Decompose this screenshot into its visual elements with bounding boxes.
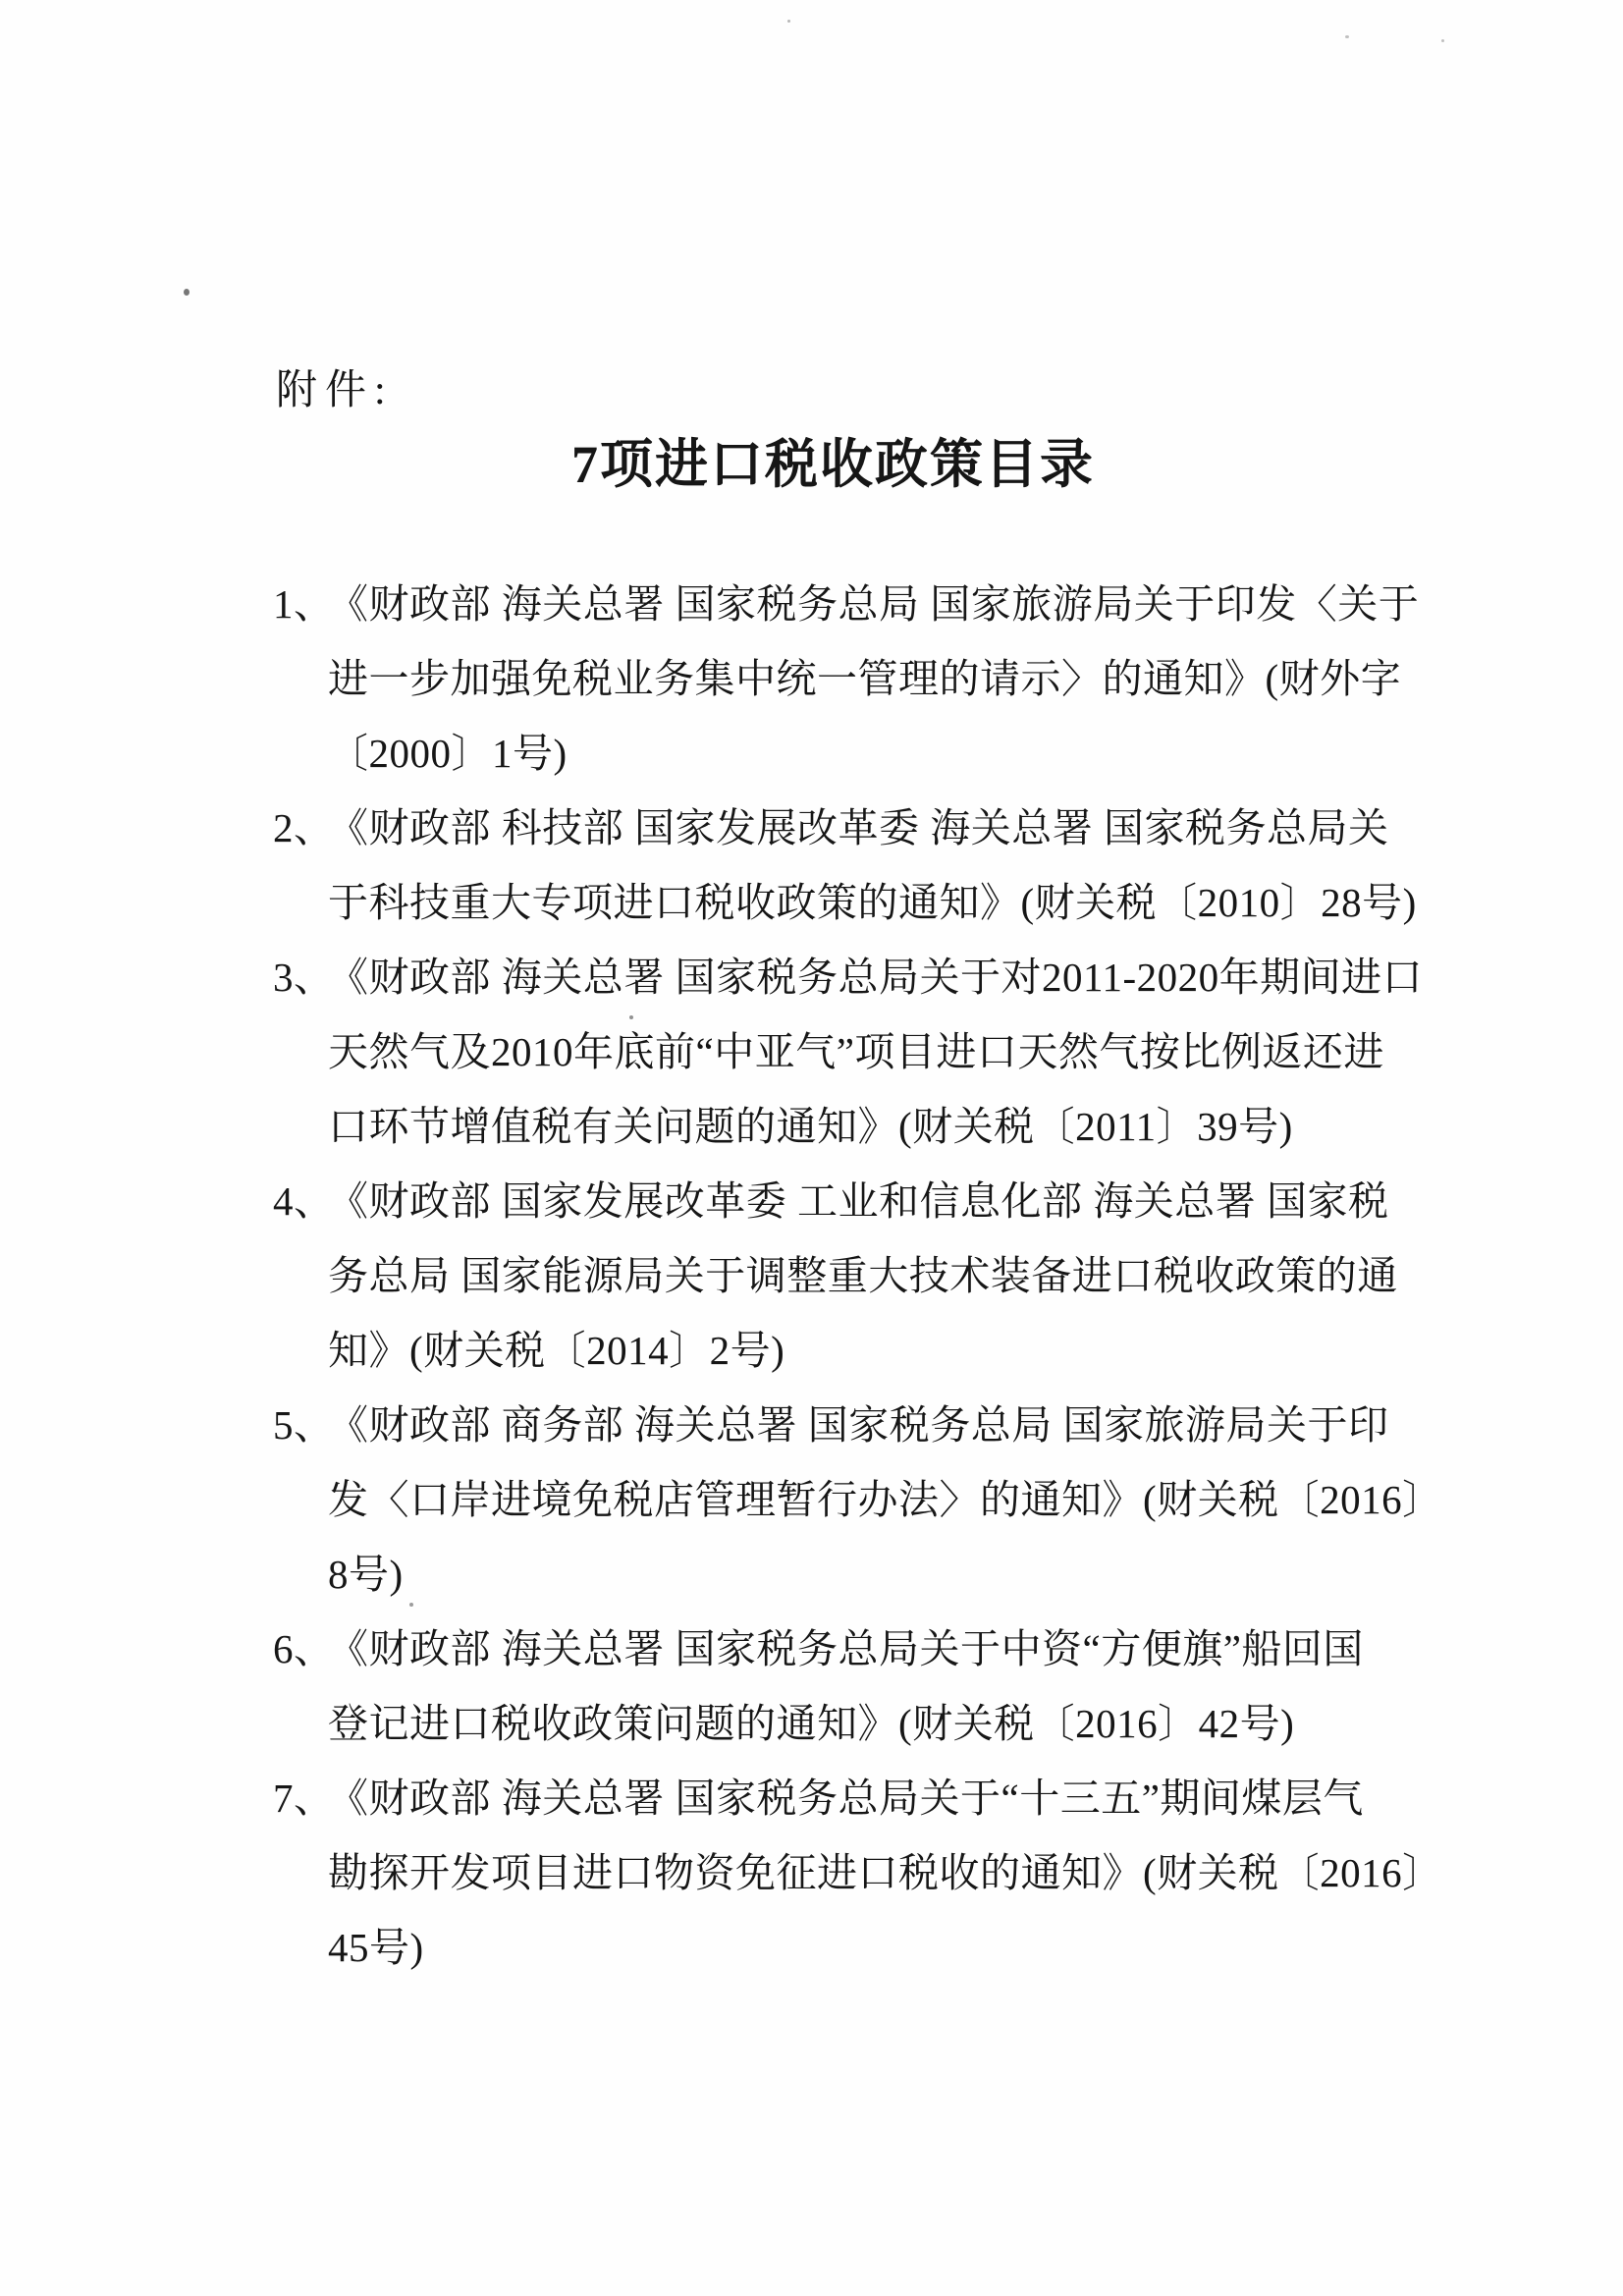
policy-line: 务总局 国家能源局关于调整重大技术装备进口税收政策的通 [273,1238,1432,1313]
scan-speck [184,289,189,296]
attachment-label: 附件: [276,357,394,416]
policy-line: 7、《财政部 海关总署 国家税务总局关于“十三五”期间煤层气 [273,1761,1432,1835]
policy-line: 天然气及2010年底前“中亚气”项目进口天然气按比例返还进 [273,1014,1432,1089]
policy-item-5: 5、《财政部 商务部 海关总署 国家税务总局 国家旅游局关于印 发〈口岸进境免税… [273,1388,1432,1612]
policy-line-text: 《财政部 海关总署 国家税务总局关于对2011-2020年期间进口 [328,955,1423,1000]
policy-line: 勘探开发项目进口物资免征进口税收的通知》(财关税〔2016〕 [273,1835,1432,1910]
policy-line-text: 《财政部 国家发展改革委 工业和信息化部 海关总署 国家税 [328,1178,1389,1224]
policy-line: 口环节增值税有关问题的通知》(财关税〔2011〕39号) [273,1089,1432,1164]
item-number: 4、 [273,1164,328,1238]
policy-line: 3、《财政部 海关总署 国家税务总局关于对2011-2020年期间进口 [273,940,1432,1014]
policy-list: 1、《财政部 海关总署 国家税务总局 国家旅游局关于印发〈关于 进一步加强免税业… [273,567,1432,1985]
policy-item-4: 4、《财政部 国家发展改革委 工业和信息化部 海关总署 国家税 务总局 国家能源… [273,1164,1432,1388]
policy-line-text: 《财政部 科技部 国家发展改革委 海关总署 国家税务总局关 [328,805,1389,850]
policy-line: 4、《财政部 国家发展改革委 工业和信息化部 海关总署 国家税 [273,1164,1432,1238]
policy-line-text: 《财政部 海关总署 国家税务总局关于中资“方便旗”船回国 [328,1626,1364,1671]
policy-line: 登记进口税收政策问题的通知》(财关税〔2016〕42号) [273,1686,1432,1761]
policy-line-text: 《财政部 海关总署 国家税务总局 国家旅游局关于印发〈关于 [328,581,1419,627]
policy-item-6: 6、《财政部 海关总署 国家税务总局关于中资“方便旗”船回国 登记进口税收政策问… [273,1612,1432,1761]
item-number: 6、 [273,1612,328,1686]
policy-line: 进一步加强免税业务集中统一管理的请示〉的通知》(财外字 [273,641,1432,716]
policy-line: 5、《财政部 商务部 海关总署 国家税务总局 国家旅游局关于印 [273,1388,1432,1462]
policy-line: 1、《财政部 海关总署 国家税务总局 国家旅游局关于印发〈关于 [273,567,1432,641]
policy-line: 8号) [273,1537,1432,1612]
policy-line-text: 《财政部 商务部 海关总署 国家税务总局 国家旅游局关于印 [328,1402,1389,1448]
scan-speck [1345,35,1349,38]
scan-speck [1441,39,1444,42]
item-number: 7、 [273,1761,328,1835]
policy-line: 知》(财关税〔2014〕2号) [273,1313,1432,1388]
policy-line: 发〈口岸进境免税店管理暂行办法〉的通知》(财关税〔2016〕 [273,1462,1432,1537]
policy-line: 6、《财政部 海关总署 国家税务总局关于中资“方便旗”船回国 [273,1612,1432,1686]
item-number: 1、 [273,567,328,641]
policy-item-2: 2、《财政部 科技部 国家发展改革委 海关总署 国家税务总局关 于科技重大专项进… [273,791,1432,940]
policy-item-3: 3、《财政部 海关总署 国家税务总局关于对2011-2020年期间进口 天然气及… [273,940,1432,1164]
scan-speck [787,20,790,23]
policy-item-7: 7、《财政部 海关总署 国家税务总局关于“十三五”期间煤层气 勘探开发项目进口物… [273,1761,1432,1985]
policy-item-1: 1、《财政部 海关总署 国家税务总局 国家旅游局关于印发〈关于 进一步加强免税业… [273,567,1432,791]
item-number: 3、 [273,940,328,1014]
policy-line: 于科技重大专项进口税收政策的通知》(财关税〔2010〕28号) [273,865,1432,940]
policy-line: 〔2000〕1号) [273,716,1432,791]
policy-line: 2、《财政部 科技部 国家发展改革委 海关总署 国家税务总局关 [273,791,1432,865]
policy-line-text: 《财政部 海关总署 国家税务总局关于“十三五”期间煤层气 [328,1776,1364,1821]
policy-line: 45号) [273,1910,1432,1985]
item-number: 2、 [273,791,328,865]
document-title: 7项进口税收政策目录 [22,422,1623,498]
item-number: 5、 [273,1388,328,1462]
document-page: 附件: 7项进口税收政策目录 1、《财政部 海关总署 国家税务总局 国家旅游局关… [0,0,1623,2296]
